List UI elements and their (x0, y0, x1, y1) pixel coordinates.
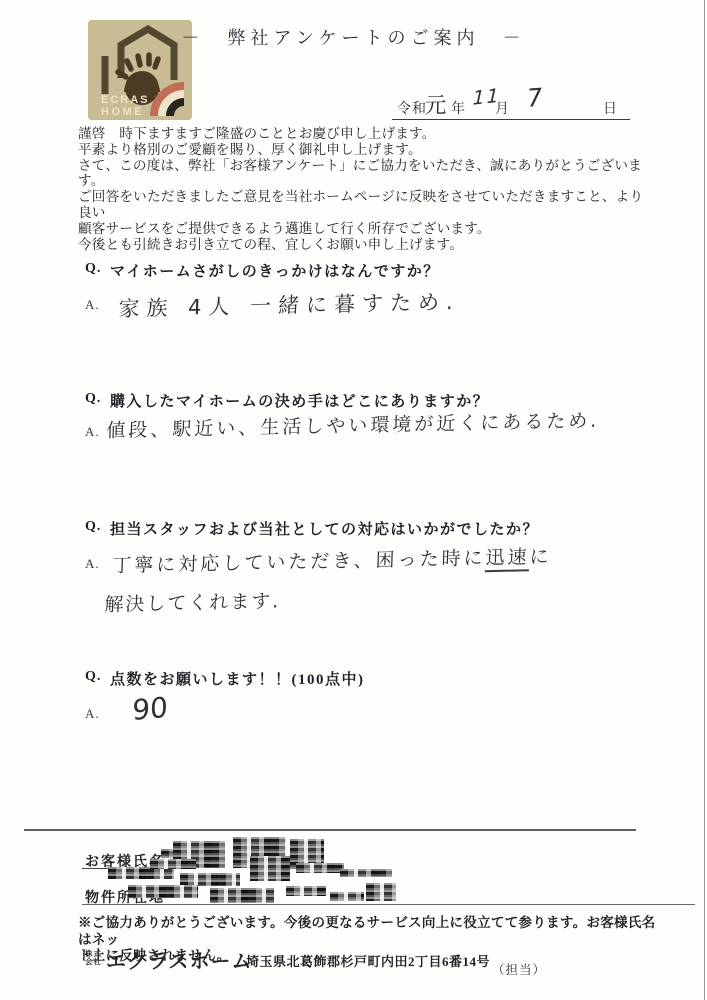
a3-prefix: A. (85, 556, 100, 572)
date-month-label: 月 (495, 98, 510, 118)
date-day-handwritten: 7 (525, 83, 544, 113)
q2-prefix: Q. (85, 391, 101, 407)
survey-document: ECRAS HOME － 弊社アンケートのご案内 － 令和 元 年 11 月 7… (0, 0, 707, 1000)
greeting-line: さて、この度は、弊社「お客様アンケート」にご協力をいただき、誠にありがとうござい… (78, 158, 653, 190)
staff-label: （担当） (492, 960, 546, 978)
greeting-line: 謹啓 時下ますますご隆盛のこととお慶び申し上げます。 (78, 126, 653, 142)
a2-prefix: A. (85, 424, 100, 440)
a3-answer-underlined: 迅速 (485, 546, 530, 572)
date-day-label: 日 (603, 98, 618, 118)
scan-edge-line (704, 0, 706, 1000)
greeting-line: 今後とも引続きお引き立ての程、宜しくお願い申し上げます。 (78, 237, 653, 253)
q1-prefix: Q. (85, 261, 101, 277)
date-year-label: 年 (451, 98, 466, 118)
a4-handwritten-score: 90 (132, 691, 168, 727)
a1-prefix: A. (85, 297, 100, 313)
a2-handwritten-answer: 値段、駅近い、生活しやい環境が近くにあるため. (106, 406, 600, 443)
page-title: － 弊社アンケートのご案内 － (0, 24, 707, 50)
company-prefix: 株式 会社 (85, 950, 102, 966)
a3-handwritten-answer-line2: 解決してくれます. (104, 586, 281, 617)
date-era-label: 令和 (397, 98, 427, 118)
date-year-handwritten: 元 (424, 89, 447, 120)
q2-question: 購入したマイホームの決め手はどこにありますか？ (110, 390, 489, 411)
q4-prefix: Q. (85, 669, 101, 685)
company-name: エクラスホーム (106, 945, 252, 974)
company-address: 埼玉県北葛飾郡杉戸町内田2丁目6番14号 (246, 951, 490, 970)
a1-handwritten-answer: 家族 4人 一緒に暮すため. (118, 286, 460, 323)
a3-handwritten-answer-line1: 丁寧に対応していただき、困った時に迅速に (112, 542, 552, 578)
company-prefix-bottom: 会社 (85, 958, 102, 966)
greeting-line: ご回答をいただきましたご意見を当社ホームページに反映をさせていただきますこと、よ… (78, 189, 653, 221)
a3-answer-part2: に (529, 546, 552, 568)
separator-rule (24, 829, 636, 831)
greeting-paragraph: 謹啓 時下ますますご隆盛のこととお慶び申し上げます。 平素より格別のご愛顧を賜り… (78, 126, 653, 252)
svg-text:ECRAS: ECRAS (101, 94, 150, 106)
q4-question: 点数をお願いします！！(100点中) (110, 668, 365, 689)
q1-question: マイホームさがしのきっかけはなんですか？ (110, 260, 440, 281)
svg-text:HOME: HOME (101, 106, 144, 118)
property-location-underline (82, 904, 695, 905)
a3-answer-part1: 丁寧に対応していただき、困った時に (112, 547, 486, 577)
q3-question: 担当スタッフおよび当社としての対応はいかがでしたか？ (110, 518, 539, 539)
a4-prefix: A. (85, 706, 100, 722)
greeting-line: 顧客サービスをご提供できるよう邁進して行く所存でございます。 (78, 221, 653, 237)
greeting-line: 平素より格別のご愛顧を賜り、厚く御礼申し上げます。 (78, 142, 653, 158)
q3-prefix: Q. (85, 519, 101, 535)
footer-note-line1: ※ご協力ありがとうございます。今後の更なるサービス向上に役立てて参ります。お客様… (78, 915, 663, 948)
date-underline (392, 119, 630, 120)
